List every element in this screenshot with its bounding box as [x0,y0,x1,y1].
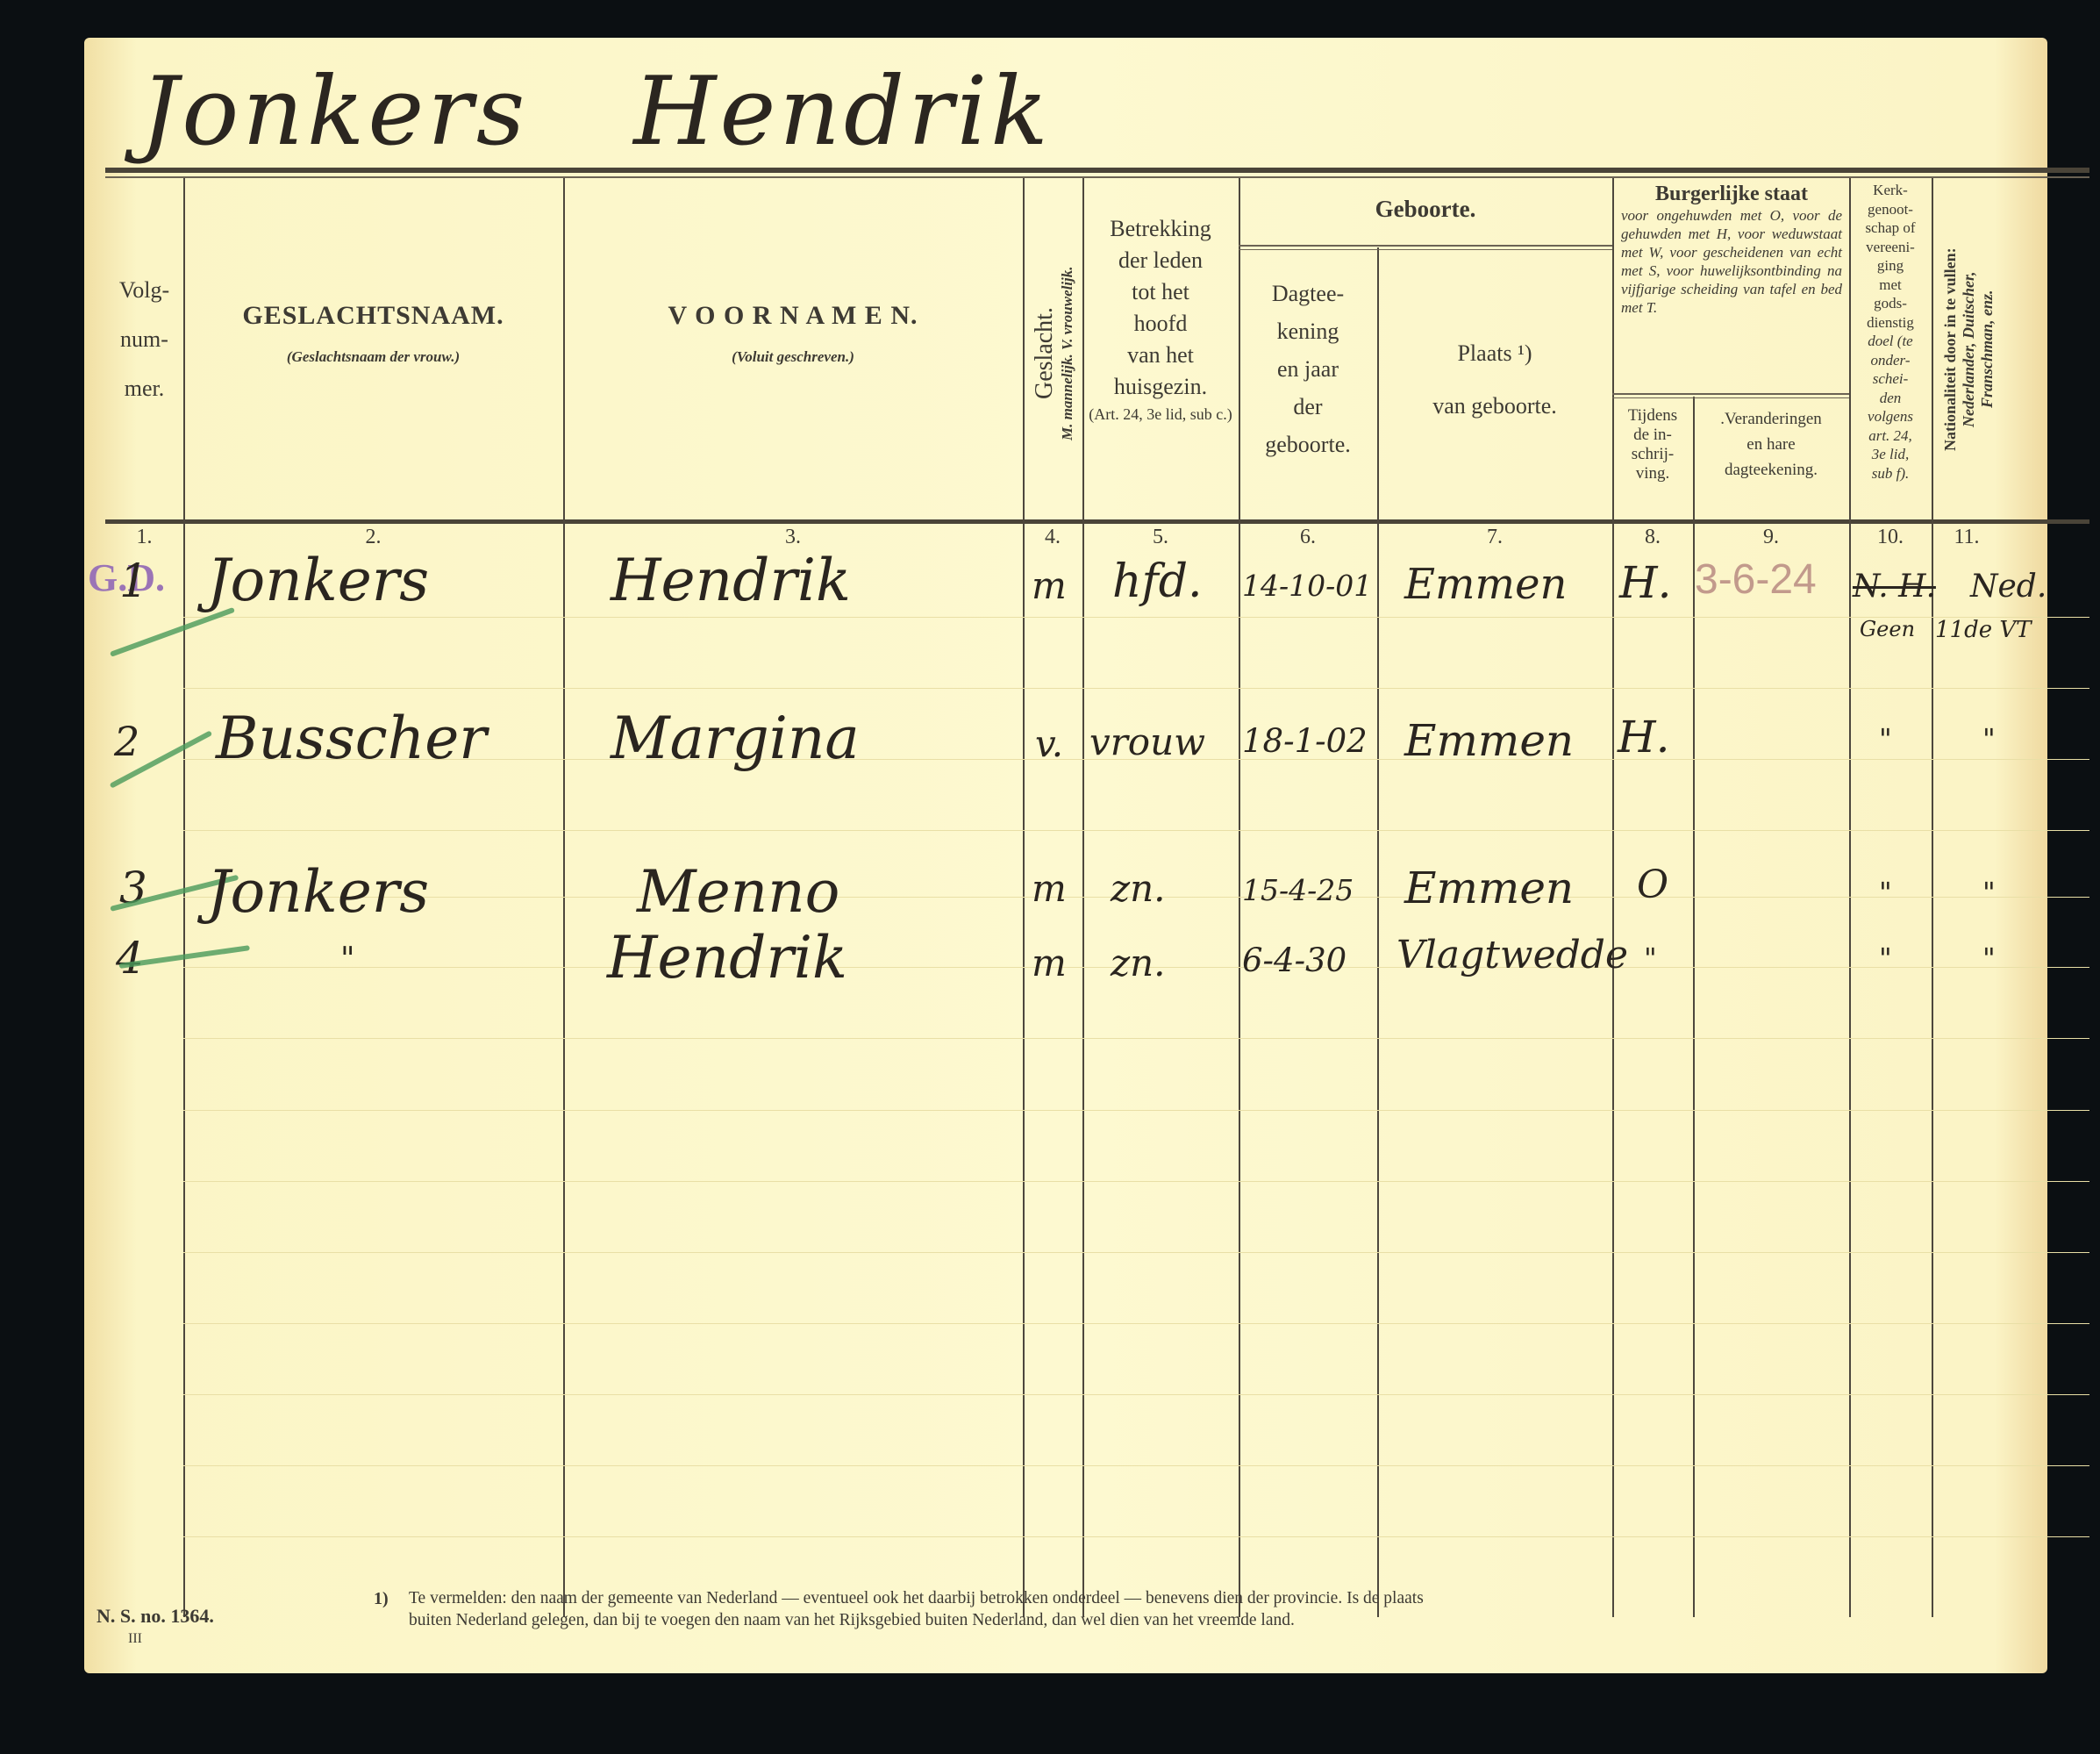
header-line: met [1849,276,1932,295]
header-plaats: Plaats ¹) van geboorte. [1377,327,1612,433]
header-line: schei- [1849,369,1932,389]
header-title: Geslacht. [1031,191,1059,516]
ruling-line [183,1110,2089,1111]
ruling-line [183,617,2089,618]
church: " [1879,941,1892,975]
footnote-marker: 1) [374,1589,389,1609]
relation: zn. [1111,867,1166,910]
header-line: 3e lid, [1849,445,1932,464]
ruling-line [183,1394,2089,1395]
header-line: .Veranderingen [1693,406,1849,432]
header-line: tot het [1082,276,1239,308]
nationality: " [1982,876,1996,909]
header-line: der leden [1082,245,1239,276]
ruling-line [183,1252,2089,1253]
ruling-line [183,1536,2089,1537]
header-line: doel (te [1849,332,1932,351]
header-line: vereeni- [1849,238,1932,257]
header-line: kening [1239,312,1377,350]
church-note: Geen [1860,617,1915,641]
header-line: den [1849,389,1932,408]
relation: vrouw [1089,720,1205,763]
footnote-line: buiten Nederland gelegen, dan bij te voe… [409,1609,1424,1631]
birth-place: Emmen [1404,560,1567,609]
header-line: van het [1082,340,1239,371]
header-line: volgens [1849,407,1932,426]
top-rule-thick [105,168,2089,173]
burgerlijke-divider [1612,393,1849,395]
church: " [1879,722,1892,755]
church: N. H. [1853,569,1936,605]
ruling-line [183,1465,2089,1466]
header-bottom-rule [105,519,2089,524]
header-subtitle: (Geslachtsnaam der vrouw.) [183,348,563,366]
header-line: Betrekking [1082,213,1239,245]
header-line: huisgezin. [1082,371,1239,403]
top-rule-thin [105,176,2089,178]
col-divider [1377,247,1379,1617]
change-date: 3-6-24 [1695,555,1817,604]
header-subtitle: M. mannelijk. V. vrouwelijk. [1059,191,1076,516]
birth-date: 14-10-01 [1242,569,1372,603]
column-number: 9. [1693,526,1849,549]
form-series: III [128,1631,142,1647]
header-line: dagteekening. [1693,457,1849,483]
given-name: Hendrik [611,547,851,614]
ruling-line [183,830,2089,831]
header-geboorte: Geboorte. [1239,196,1612,223]
civil-status: H. [1619,557,1672,608]
geboorte-divider [1239,249,1612,250]
header-tijdens: Tijdens de in- schrij- ving. [1612,406,1693,483]
title-given-name: Hendrik [633,57,1051,167]
header-line: Dagtee- [1239,275,1377,312]
surname: " [340,941,355,977]
header-line: hoofd [1082,308,1239,340]
header-nationaliteit: Nationaliteit door in te vullen: Nederla… [1933,187,2004,512]
sex: m [1032,564,1067,607]
nationality: " [1982,941,1996,975]
surname: Jonkers [207,858,429,926]
card-title: JonkersHendrik [140,57,1052,167]
header-dagteekening: Dagtee- kening en jaar der geboorte. [1239,275,1377,463]
header-line: art. 24, [1849,426,1932,446]
header-line: ging [1849,256,1932,276]
column-number: 2. [183,526,563,549]
header-title: GESLACHTSNAAM. [183,301,563,331]
header-title: Burgerlijke staat [1621,183,1842,206]
header-line: ving. [1612,464,1693,483]
birth-place: Emmen [1404,715,1574,766]
birth-place: Emmen [1404,863,1574,913]
row-number: 4 [116,933,144,984]
surname: Jonkers [207,547,429,614]
birth-date: 15-4-25 [1242,873,1354,907]
header-line: schrij- [1612,445,1693,464]
header-line: van geboorte. [1377,380,1612,433]
column-number: 4. [1023,526,1082,549]
birth-date: 6-4-30 [1242,941,1346,979]
geboorte-divider [1239,245,1612,247]
column-number: 8. [1612,526,1693,549]
header-subtitle: voor ongehuwden met O, voor de gehuwden … [1621,206,1842,317]
civil-status: " [1644,941,1657,975]
column-number: 6. [1239,526,1377,549]
header-line: sub f). [1849,464,1932,483]
header-betrekking: Betrekking der leden tot het hoofd van h… [1082,213,1239,426]
header-veranderingen: .Veranderingen en hare dagteekening. [1693,406,1849,483]
header-line: der [1239,388,1377,426]
header-subtitle: (Art. 24, 3e lid, sub c.) [1082,403,1239,426]
row-number: 1 [119,555,148,608]
ruling-line [183,1038,2089,1039]
header-line: en jaar [1239,350,1377,388]
nationality: " [1982,722,1996,755]
header-line: Plaats ¹) [1377,327,1612,380]
column-number: 7. [1377,526,1612,549]
relation: hfd. [1112,555,1203,608]
header-volgnummer: Volg- num- mer. [105,266,183,413]
surname: Busscher [216,705,487,772]
col-divider [183,178,185,1617]
header-geslachtsnaam: GESLACHTSNAAM. (Geslachtsnaam der vrouw.… [183,301,563,366]
header-line: Kerk- [1849,181,1932,200]
header-line: en hare [1693,432,1849,457]
civil-status: O [1637,863,1668,907]
header-geslacht: Geslacht. M. mannelijk. V. vrouwelijk. [1025,191,1082,516]
row-number: 2 [114,718,139,765]
given-name: Hendrik [607,924,847,992]
column-number: 3. [563,526,1023,549]
header-line: onder- [1849,351,1932,370]
header-line: num- [105,315,183,364]
header-line: genoot- [1849,200,1932,219]
column-number: 10. [1849,526,1932,549]
header-line: schap of [1849,218,1932,238]
given-name: Margina [611,705,860,772]
header-voornamen: V O O R N A M E N. (Voluit geschreven.) [563,301,1023,366]
title-surname: Jonkers [140,57,528,167]
header-line: dienstig [1849,313,1932,333]
nationality-note: 11de VT [1935,617,2032,643]
ruling-line [183,1181,2089,1182]
civil-status: H. [1618,712,1670,762]
footnote: Te vermelden: den naam der gemeente van … [409,1587,1424,1631]
header-line: Nationaliteit door in te vullen: [1941,187,1960,512]
column-number: 1. [105,526,183,549]
header-line: gods- [1849,294,1932,313]
ruling-line [183,688,2089,689]
sex: m [1032,941,1067,984]
header-kerkgenootschap: Kerk- genoot- schap of vereeni- ging met… [1849,181,1932,483]
col-divider [563,178,565,1617]
header-title: V O O R N A M E N. [563,301,1023,331]
footnote-line: Te vermelden: den naam der gemeente van … [409,1587,1424,1609]
header-line: Tijdens [1612,406,1693,426]
header-line: Nederlander, Duitscher, [1960,187,1978,512]
burgerlijke-divider [1612,397,1849,398]
sex: m [1032,867,1067,910]
form-number: N. S. no. 1364. [96,1605,214,1628]
birth-place: Vlagtwedde [1396,933,1628,977]
registration-card: JonkersHendrik Volg- num- mer. GESLACHTS… [84,38,2047,1673]
column-number: 11. [1932,526,2002,549]
nationality: Ned. [1970,569,2046,605]
relation: zn. [1111,941,1166,984]
sex: v. [1035,722,1063,765]
given-name: Menno [637,858,839,926]
header-line: geboorte. [1239,426,1377,463]
header-line: de in- [1612,426,1693,445]
header-line: Franschman, enz. [1978,187,1996,512]
column-number: 5. [1082,526,1239,549]
church: " [1879,876,1892,909]
header-line: Volg- [105,266,183,315]
header-burgerlijke-staat: Burgerlijke staat voor ongehuwden met O,… [1621,183,1842,317]
green-check-mark [110,607,235,657]
header-subtitle: (Voluit geschreven.) [563,348,1023,366]
ruling-line [183,1323,2089,1324]
birth-date: 18-1-02 [1242,722,1368,760]
header-line: mer. [105,364,183,413]
